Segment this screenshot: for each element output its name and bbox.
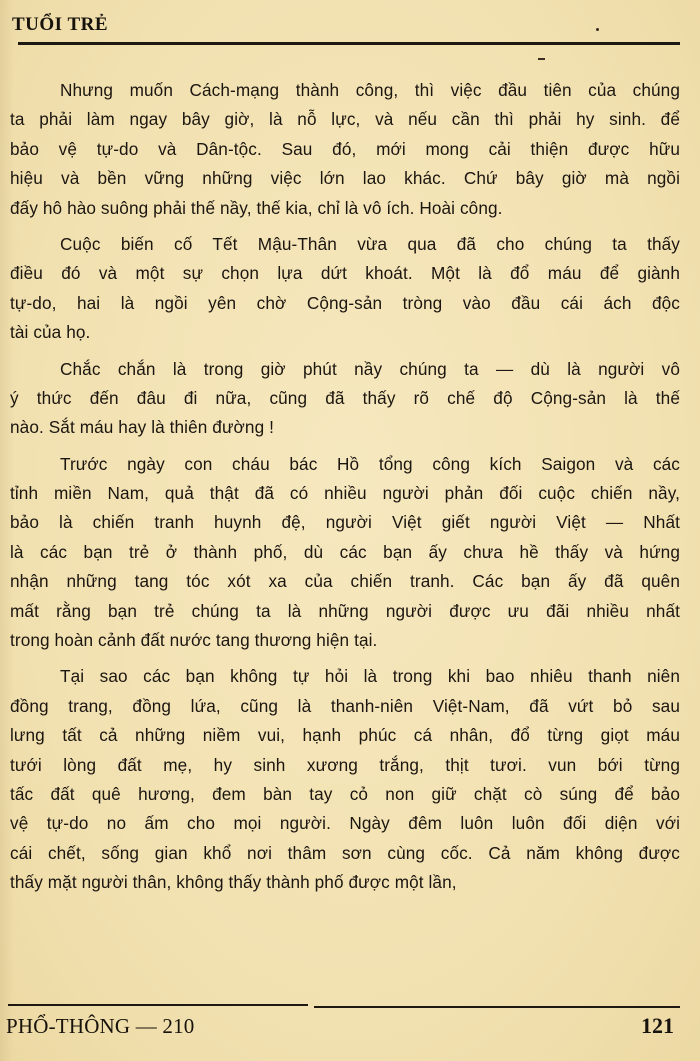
text-line: lưng tất cả những niềm vui, hạnh phúc cá… [10,721,680,750]
text-line: ta phải làm ngay bây giờ, là nỗ lực, và … [10,105,680,134]
text-line: vệ tự-do no ấm cho mọi người. Ngày đêm l… [10,809,680,838]
footer-rule-left [8,1004,308,1006]
text-line: cái chết, sống gian khổ nơi thâm sơn cùn… [10,839,680,868]
paragraph-4: Trước ngày con cháu bác Hồ tổng công kíc… [10,450,680,656]
text-line: Cuộc biến cố Tết Mậu-Thân vừa qua đã cho… [10,230,680,259]
print-speck [538,58,545,60]
text-line: ý thức đến đâu đi nữa, cũng đã thấy rõ c… [10,384,680,413]
text-line: điều đó và một sự chọn lựa dứt khoát. Mộ… [10,259,680,288]
publication-name: PHỔ-THÔNG [6,1014,130,1038]
text-line: đồng trang, đồng lứa, cũng là thanh-niên… [10,692,680,721]
footer-publication: PHỔ-THÔNG — 210 [6,1014,195,1039]
running-header-title: TUỔI TRẺ [12,14,108,36]
text-line: mất rằng bạn trẻ chúng ta là những người… [10,597,680,626]
text-line: bảo vệ tự-do và Dân-tộc. Sau đó, mới mon… [10,135,680,164]
text-line: tấc đất quê hương, đem bàn tay cỏ non gi… [10,780,680,809]
text-line: bảo là chiến tranh huynh đệ, người Việt … [10,508,680,537]
issue-number: 210 [162,1014,194,1038]
text-line: Trước ngày con cháu bác Hồ tổng công kíc… [10,450,680,479]
text-line: tưới lòng đất mẹ, hy sinh xương trắng, t… [10,751,680,780]
text-line: là các bạn trẻ ở thành phố, dù các bạn ấ… [10,538,680,567]
text-line: đấy hô hào suông phải thế nầy, thế kia, … [10,194,680,223]
text-line: tài của họ. [10,318,680,347]
text-line: nhận những tang tóc xót xa của chiến tra… [10,567,680,596]
text-line: Tại sao các bạn không tự hỏi là trong kh… [10,662,680,691]
paragraph-5: Tại sao các bạn không tự hỏi là trong kh… [10,662,680,897]
scanned-page: TUỔI TRẺ Nhưng muốn Cách-mạng thành công… [0,0,700,1061]
paragraph-1: Nhưng muốn Cách-mạng thành công, thì việ… [10,76,680,223]
print-speck [596,28,599,31]
text-line: nào. Sắt máu hay là thiên đường ! [10,413,680,442]
text-line: Chắc chắn là trong giờ phút nầy chúng ta… [10,355,680,384]
text-line: thấy mặt người thân, không thấy thành ph… [10,868,680,897]
text-line: hiệu và bền vững những việc lớn lao khác… [10,164,680,193]
header-rule [18,42,680,45]
footer-rule-right [314,1006,680,1008]
paragraph-2: Cuộc biến cố Tết Mậu-Thân vừa qua đã cho… [10,230,680,348]
page-number: 121 [641,1013,674,1039]
paragraph-3: Chắc chắn là trong giờ phút nầy chúng ta… [10,355,680,443]
text-line: tự-do, hai là ngồi yên chờ Cộng-sản tròn… [10,289,680,318]
article-body: Nhưng muốn Cách-mạng thành công, thì việ… [10,76,680,905]
text-line: trong hoàn cảnh đất nước tang thương hiệ… [10,626,680,655]
text-line: tỉnh miền Nam, quả thật đã có nhiều ngườ… [10,479,680,508]
issue-separator: — [136,1014,157,1038]
text-line: Nhưng muốn Cách-mạng thành công, thì việ… [10,76,680,105]
